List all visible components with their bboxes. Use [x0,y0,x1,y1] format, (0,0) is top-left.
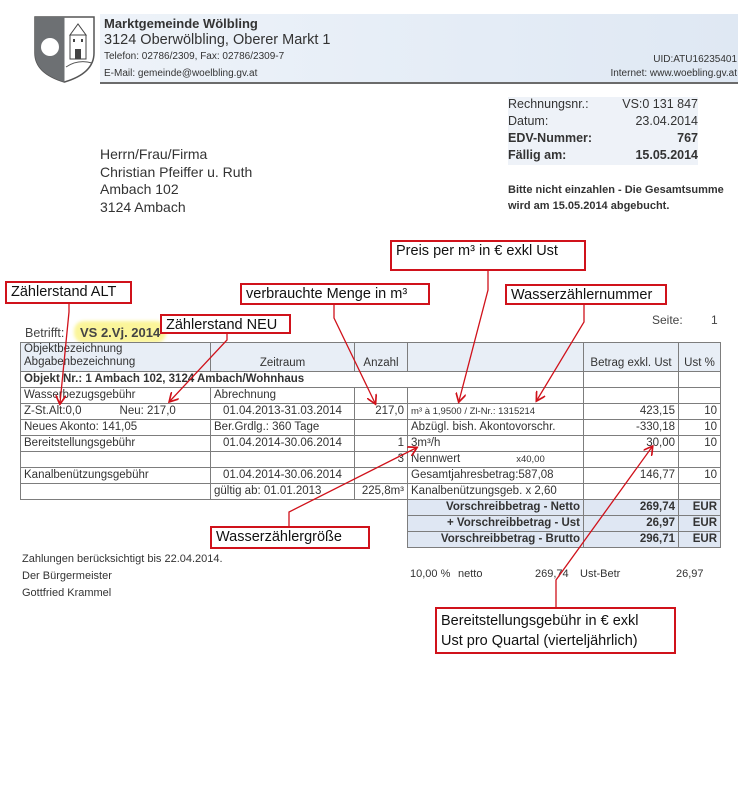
cell-amount [584,452,679,468]
payments-note: Zahlungen berücksichtigt bis 22.04.2014. [22,551,223,568]
org-website: Internet: www.woebling.gv.at [610,68,737,79]
tax-rate: 10,00 % [410,568,450,580]
cell-ust: 10 [679,404,721,420]
table-row: Neues Akonto: 141,05 Ber.Grdlg.: 360 Tag… [21,420,721,436]
annotation-zaehlerstand-alt: Zählerstand ALT [5,281,132,304]
meta-value: 15.05.2014 [635,147,698,164]
annotation-zaehlerstand-neu: Zählerstand NEU [160,314,291,334]
notice-line: Bitte nicht einzahlen - Die Gesamtsumme [508,182,724,198]
cell-anzahl: 225,8m³ [355,484,408,500]
total-currency: EUR [679,516,721,532]
cell-zeitraum: 01.04.2013-31.03.2014 [211,404,355,420]
nennwert-factor: x40,00 [516,454,545,465]
empty-cell [584,372,679,388]
notice-line: wird am 15.05.2014 abgebucht. [508,198,724,214]
tax-netto-label: netto [458,568,482,580]
object-description: Objekt Nr.: 1 Ambach 102, 3124 Ambach/Wo… [21,372,584,388]
annotation-verbrauchte-menge: verbrauchte Menge in m³ [240,283,430,305]
tax-netto-value: 269,74 [535,568,569,580]
cell-ust: 10 [679,468,721,484]
cell-ust [679,452,721,468]
meta-row-due-date: Fällig am:15.05.2014 [508,147,698,164]
page-number: 1 [711,313,718,327]
table-row: Wasserbezugsgebühr Abrechnung [21,388,721,404]
signer-name: Gottfried Krammel [22,585,223,602]
total-label: Vorschreibbetrag - Netto [408,500,584,516]
meta-row-invoice-number: Rechnungsnr.:VS:0 131 847 [508,96,698,113]
annotation-preis-per-m3: Preis per m³ in € exkl Ust [390,240,586,271]
annotation-line: Ust pro Quartal (vierteljährlich) [441,631,670,651]
meta-row-edv-number: EDV-Nummer:767 [508,130,698,147]
cell-fee-name: Kanalbenützungsgebühr [21,468,211,484]
header-betrag: Betrag exkl. Ust [584,343,679,372]
total-netto-row: Vorschreibbetrag - Netto 269,74 EUR [21,500,721,516]
cell-description: 3m³/h [408,436,584,452]
cell-description: m³ à 1,9500 / Zl-Nr.: 1315214 [408,404,584,420]
footer-notes: Zahlungen berücksichtigt bis 22.04.2014.… [22,551,223,602]
total-amount: 269,74 [584,500,679,516]
org-address: 3124 Oberwölbling, Oberer Markt 1 [104,32,330,48]
cell-zeitraum: 01.04.2014-30.06.2014 [211,468,355,484]
castle-crest-icon [33,15,96,83]
cell-anzahl: 1 [355,436,408,452]
meta-value: 767 [677,130,698,147]
page-label: Seite: [652,313,683,327]
nennwert-label: Nennwert [411,453,460,465]
total-currency: EUR [679,532,721,548]
cell-anzahl [355,388,408,404]
annotation-bereitstellungsgebuehr: Bereitstellungsgebühr in € exkl Ust pro … [435,607,676,654]
tax-ust-value: 26,97 [676,568,704,580]
header-anzahl: Anzahl [355,343,408,372]
meta-row-date: Datum:23.04.2014 [508,113,698,130]
org-name: Marktgemeinde Wölbling [104,16,258,31]
subject-value: VS 2.Vj. 2014 [80,325,160,340]
cell-zeitraum [211,452,355,468]
recipient-line: Herrn/Frau/Firma [100,146,252,164]
cell-amount: 423,15 [584,404,679,420]
cell-description: Kanalbenützungsgeb. x 2,60 [408,484,584,500]
tax-ust-label: Ust-Betr [580,568,620,580]
cell-zeitraum: Abrechnung [211,388,355,404]
debit-notice: Bitte nicht einzahlen - Die Gesamtsumme … [508,182,724,214]
empty-cell [679,372,721,388]
cell-ust [679,388,721,404]
header-object: ObjektbezeichnungAbgabenbezeichnung [21,343,211,372]
cell-fee-name [21,484,211,500]
meta-label: Fällig am: [508,147,566,164]
cell-fee-name: Wasserbezugsgebühr [21,388,211,404]
signer-title: Der Bürgermeister [22,568,223,585]
cell-fee-name: Bereitstellungsgebühr [21,436,211,452]
cell-description: Nennwertx40,00 [408,452,584,468]
recipient-name: Christian Pfeiffer u. Ruth [100,164,252,182]
org-phone-fax: Telefon: 02786/2309, Fax: 02786/2309-7 [104,51,284,62]
cell-ust [679,484,721,500]
meter-new: Neu: 217,0 [120,405,176,417]
total-label: + Vorschreibbetrag - Ust [408,516,584,532]
meta-label: Rechnungsnr.: [508,96,589,113]
cell-zeitraum: gültig ab: 01.01.2013 [211,484,355,500]
meta-label: EDV-Nummer: [508,130,592,147]
header-zeitraum: Zeitraum [211,343,355,372]
cell-fee-name: Neues Akonto: 141,05 [21,420,211,436]
table-row: Bereitstellungsgebühr 01.04.2014-30.06.2… [21,436,721,452]
meta-value: 23.04.2014 [635,113,698,130]
annotation-wasserzaehlernummer: Wasserzählernummer [505,284,667,305]
cell-anzahl [355,468,408,484]
table-row: Kanalbenützungsgebühr 01.04.2014-30.06.2… [21,468,721,484]
meta-label: Datum: [508,113,548,130]
object-row: Objekt Nr.: 1 Ambach 102, 3124 Ambach/Wo… [21,372,721,388]
cell-amount: 30,00 [584,436,679,452]
cell-amount [584,484,679,500]
cell-meter-readings: Z-St.Alt:0,0Neu: 217,0 [21,404,211,420]
cell-zeitraum: Ber.Grdlg.: 360 Tage [211,420,355,436]
total-brutto-row: Vorschreibbetrag - Brutto 296,71 EUR [21,532,721,548]
cell-anzahl [355,420,408,436]
meta-value: VS:0 131 847 [622,96,698,113]
total-amount: 296,71 [584,532,679,548]
recipient-city: 3124 Ambach [100,199,252,217]
cell-anzahl: 3 [355,452,408,468]
recipient-street: Ambach 102 [100,181,252,199]
cell-zeitraum: 01.04.2014-30.06.2014 [211,436,355,452]
org-uid: UID:ATU16235401 [653,54,737,65]
table-header: ObjektbezeichnungAbgabenbezeichnung Zeit… [21,343,721,372]
header-ust: Ust % [679,343,721,372]
table-row: Z-St.Alt:0,0Neu: 217,0 01.04.2013-31.03.… [21,404,721,420]
cell-description [408,388,584,404]
invoice-table: ObjektbezeichnungAbgabenbezeichnung Zeit… [20,342,721,548]
org-email: E-Mail: gemeinde@woelbling.gv.at [104,68,257,79]
header-description [408,343,584,372]
annotation-wasserzaehlergroesse: Wasserzählergröße [210,526,370,549]
subject-label: Betrifft: [25,326,64,340]
cell-anzahl: 217,0 [355,404,408,420]
table-row: 3 Nennwertx40,00 [21,452,721,468]
total-amount: 26,97 [584,516,679,532]
meter-old: Z-St.Alt:0,0 [24,405,82,417]
cell-fee-name [21,452,211,468]
cell-description: Abzügl. bish. Akontovorschr. [408,420,584,436]
spacer [21,500,408,516]
cell-amount [584,388,679,404]
cell-ust: 10 [679,436,721,452]
cell-amount: -330,18 [584,420,679,436]
cell-amount: 146,77 [584,468,679,484]
cell-description: Gesamtjahresbetrag:587,08 [408,468,584,484]
total-ust-row: + Vorschreibbetrag - Ust 26,97 EUR [21,516,721,532]
recipient-address: Herrn/Frau/Firma Christian Pfeiffer u. R… [100,146,252,216]
total-label: Vorschreibbetrag - Brutto [408,532,584,548]
invoice-meta: Rechnungsnr.:VS:0 131 847 Datum:23.04.20… [508,96,698,164]
annotation-line: Bereitstellungsgebühr in € exkl [441,611,670,631]
total-currency: EUR [679,500,721,516]
table-row: gültig ab: 01.01.2013 225,8m³ Kanalbenüt… [21,484,721,500]
cell-ust: 10 [679,420,721,436]
